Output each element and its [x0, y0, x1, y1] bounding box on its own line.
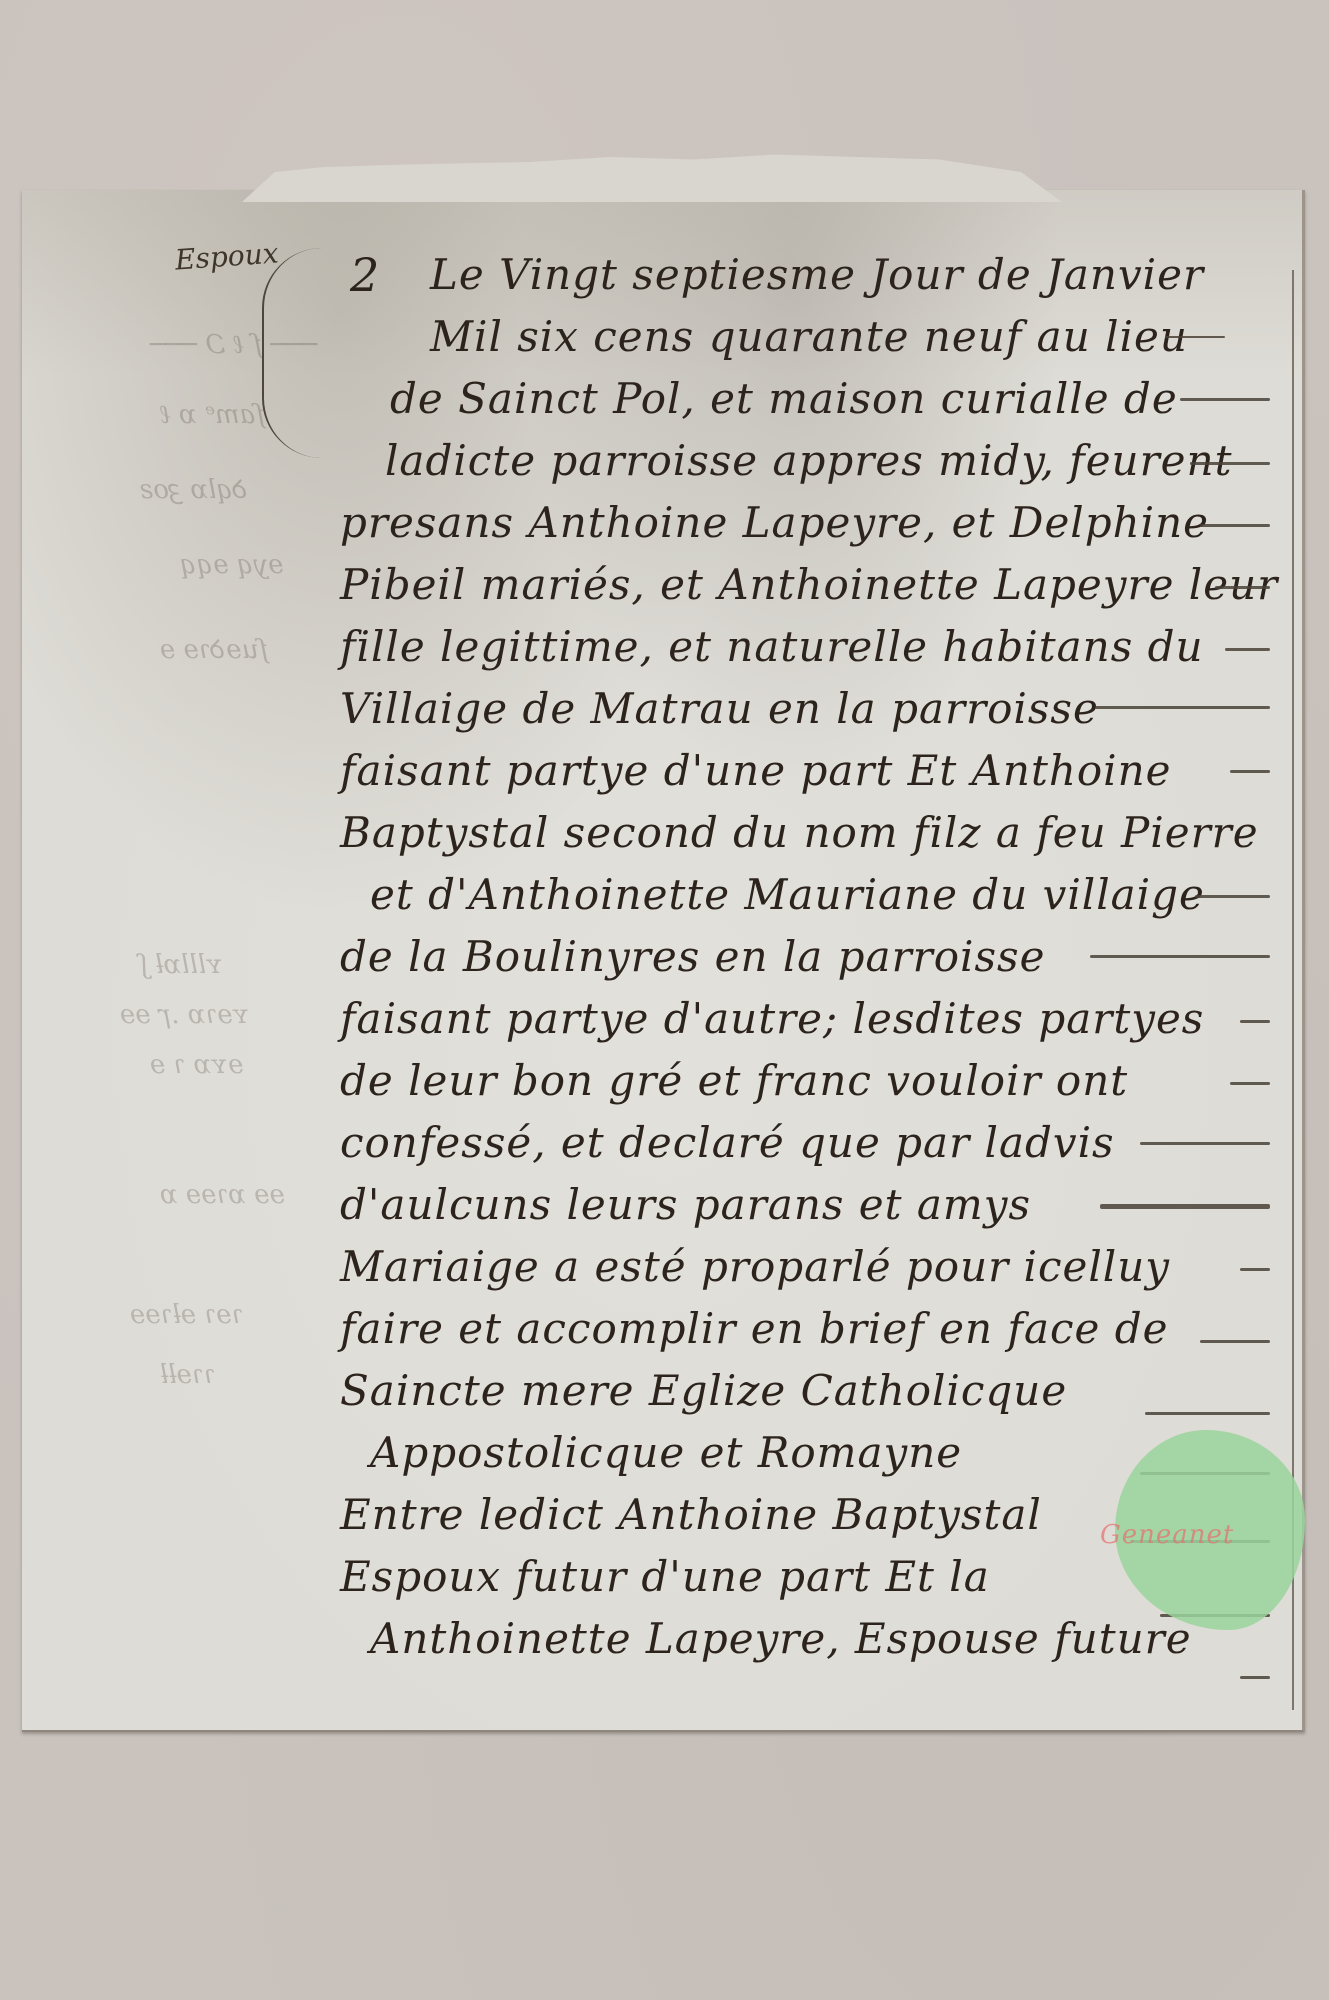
- bleed-through-text: ſamᵉ ɒ ℓ: [160, 400, 265, 430]
- manuscript-line: Le Vingt septiesme Jour de Janvier: [430, 250, 1204, 299]
- line-fill-rule: [1230, 1082, 1270, 1085]
- entry-number: 2: [350, 248, 379, 302]
- line-fill-rule: [1230, 770, 1270, 773]
- bleed-through-text: ꝺqlɒ ꝫoƨ: [140, 470, 249, 506]
- manuscript-line: Villaige de Matrau en la parroisse: [340, 684, 1099, 733]
- manuscript-line: de Sainct Pol, et maison curialle de: [390, 374, 1178, 423]
- manuscript-line: Mariaige a esté proparlé pour icelluy: [340, 1242, 1170, 1291]
- line-fill-rule: [1215, 586, 1270, 589]
- bleed-through-text: ɿɘɿ ɘƚɿɘɘ: [130, 1300, 243, 1330]
- manuscript-line: de la Boulinyres en la parroisse: [340, 932, 1045, 981]
- line-fill-rule: [1240, 1676, 1270, 1679]
- manuscript-line: et d'Anthoinette Mauriane du villaige: [370, 870, 1205, 919]
- bleed-through-text: ɿɿɘƚƚ: [160, 1360, 216, 1390]
- manuscript-line: presans Anthoine Lapeyre, et Delphine: [340, 498, 1209, 547]
- line-fill-rule: [1240, 1020, 1270, 1023]
- manuscript-line: Saincte mere Eglize Catholicque: [340, 1366, 1067, 1415]
- line-fill-rule: [1190, 462, 1270, 465]
- bleed-through-text: ɘʏɒ ɿ ɘ: [150, 1050, 244, 1080]
- manuscript-line: Anthoinette Lapeyre, Espouse future: [370, 1614, 1192, 1663]
- torn-top-edge: [242, 152, 1062, 202]
- manuscript-line: Entre ledict Anthoine Baptystal: [340, 1490, 1042, 1539]
- line-fill-rule: [1180, 398, 1270, 401]
- bleed-through-text: ɘɘ ɒɿɘɘ ɒ: [160, 1180, 285, 1210]
- bleed-through-text: ʏɘɿɒ .ꞅ ɘɘ: [120, 1000, 250, 1030]
- entry-bracket-flourish: [262, 248, 324, 458]
- manuscript-line: fille legittime, et naturelle habitans d…: [340, 622, 1204, 671]
- line-fill-rule: [1225, 648, 1270, 651]
- bleed-through-text: ɘyq ɘqq: [180, 550, 284, 580]
- line-fill-rule: [1100, 1204, 1270, 1209]
- line-fill-rule: [1140, 1142, 1270, 1145]
- manuscript-line: confessé, et declaré que par ladvis: [340, 1118, 1115, 1167]
- manuscript-line: ladicte parroisse appres midy, feurent: [385, 436, 1232, 485]
- line-fill-rule: [1240, 1268, 1270, 1271]
- manuscript-line: Espoux futur d'une part Et la: [340, 1552, 990, 1601]
- manuscript-line: Pibeil mariés, et Anthoinette Lapeyre le…: [340, 560, 1278, 609]
- manuscript-line: Mil six cens quarante neuf au lieu: [430, 312, 1188, 361]
- manuscript-line: faire et accomplir en brief en face de: [340, 1304, 1168, 1353]
- line-fill-rule: [1145, 1412, 1270, 1415]
- bleed-through-text: ʏlllɒƚ ʃ: [140, 950, 223, 980]
- line-fill-rule: [1200, 524, 1270, 527]
- manuscript-line: d'aulcuns leurs parans et amys: [340, 1180, 1031, 1229]
- line-fill-rule: [1200, 1340, 1270, 1343]
- manuscript-line: de leur bon gré et franc vouloir ont: [340, 1056, 1128, 1105]
- manuscript-line: faisant partye d'autre; lesdites partyes: [340, 994, 1204, 1043]
- line-fill-rule: [1090, 955, 1270, 958]
- bleed-through-text: ſuɘꝺɿɘ ɘ: [160, 630, 268, 666]
- line-fill-rule: [1165, 336, 1225, 338]
- manuscript-line: Appostolicque et Romayne: [370, 1428, 962, 1477]
- watermark-text: Geneanet: [1100, 1520, 1234, 1550]
- manuscript-line: Baptystal second du nom filz a feu Pierr…: [340, 808, 1259, 857]
- line-fill-rule: [1095, 706, 1270, 709]
- line-fill-rule: [1195, 895, 1270, 898]
- manuscript-line: faisant partye d'une part Et Anthoine: [340, 746, 1172, 795]
